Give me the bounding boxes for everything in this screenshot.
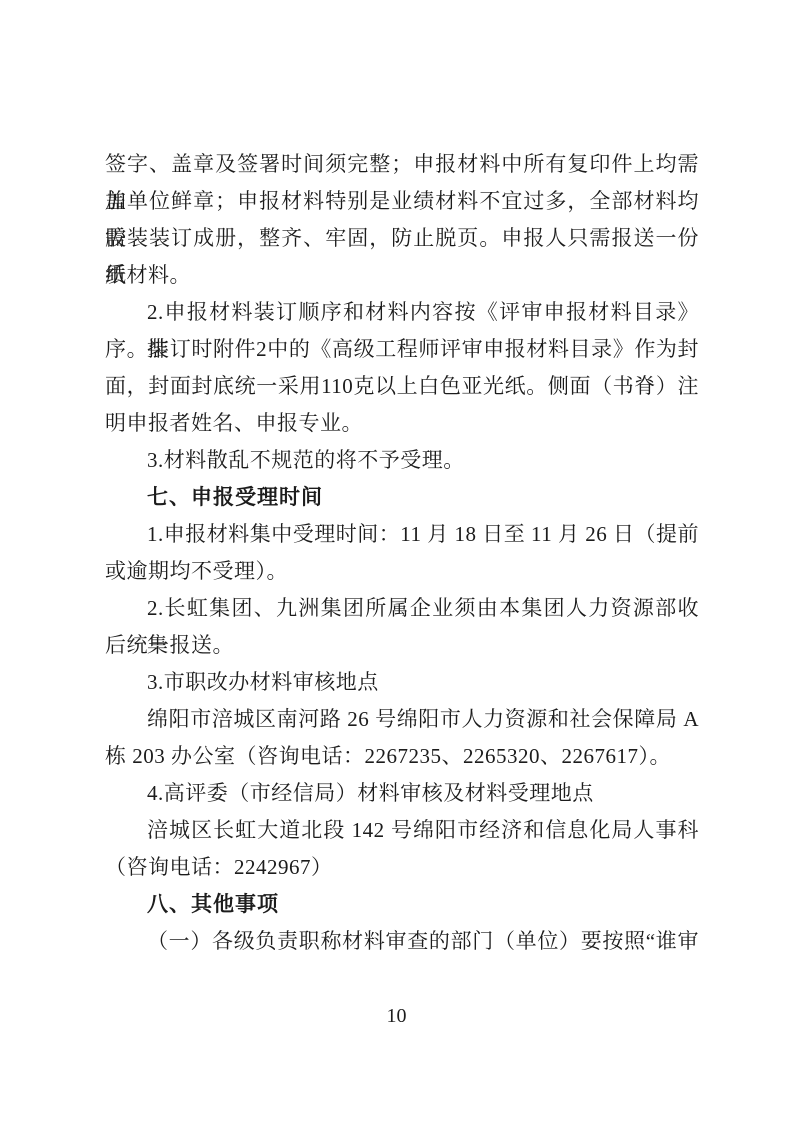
text-line: 盖单位鲜章；申报材料特别是业绩材料不宜过多，全部材料均需 [105, 183, 699, 220]
text-line: 3.市职改办材料审核地点 [105, 664, 699, 701]
document-body: 签字、盖章及签署时间须完整；申报材料中所有复印件上均需加 盖单位鲜章；申报材料特… [105, 146, 699, 960]
text-line: 胶装装订成册，整齐、牢固，防止脱页。申报人只需报送一份纸 [105, 220, 699, 257]
text-line: 2.申报材料装订顺序和材料内容按《评审申报材料目录》排 [105, 294, 699, 331]
text-line: （一）各级负责职称材料审查的部门（单位）要按照“谁审 [105, 923, 699, 960]
text-line: 涪城区长虹大道北段 142 号绵阳市经济和信息化局人事科 [105, 812, 699, 849]
text-line: 绵阳市涪城区南河路 26 号绵阳市人力资源和社会保障局 A [105, 701, 699, 738]
text-line: 4.高评委（市经信局）材料审核及材料受理地点 [105, 775, 699, 812]
section-heading-8: 八、其他事项 [105, 886, 699, 923]
text-line: 质材料。 [105, 257, 699, 294]
text-line: 2.长虹集团、九洲集团所属企业须由本集团人力资源部收集 [105, 590, 699, 627]
text-line: 栋 203 办公室（咨询电话：2267235、2265320、2267617）。 [105, 738, 699, 775]
text-line: 3.材料散乱不规范的将不予受理。 [105, 442, 699, 479]
page-number: 10 [0, 1005, 793, 1028]
text-line: 或逾期均不受理）。 [105, 553, 699, 590]
text-line: 后统一报送。 [105, 627, 699, 664]
section-heading-7: 七、申报受理时间 [105, 479, 699, 516]
text-line: 明申报者姓名、申报专业。 [105, 405, 699, 442]
document-page: 签字、盖章及签署时间须完整；申报材料中所有复印件上均需加 盖单位鲜章；申报材料特… [0, 0, 793, 1122]
text-line: （咨询电话：2242967） [105, 849, 699, 886]
text-line: 签字、盖章及签署时间须完整；申报材料中所有复印件上均需加 [105, 146, 699, 183]
text-line: 序。装订时附件2中的《高级工程师评审申报材料目录》作为封 [105, 331, 699, 368]
text-line: 面，封面封底统一采用110克以上白色亚光纸。侧面（书脊）注 [105, 368, 699, 405]
text-line: 1.申报材料集中受理时间：11 月 18 日至 11 月 26 日（提前 [105, 516, 699, 553]
